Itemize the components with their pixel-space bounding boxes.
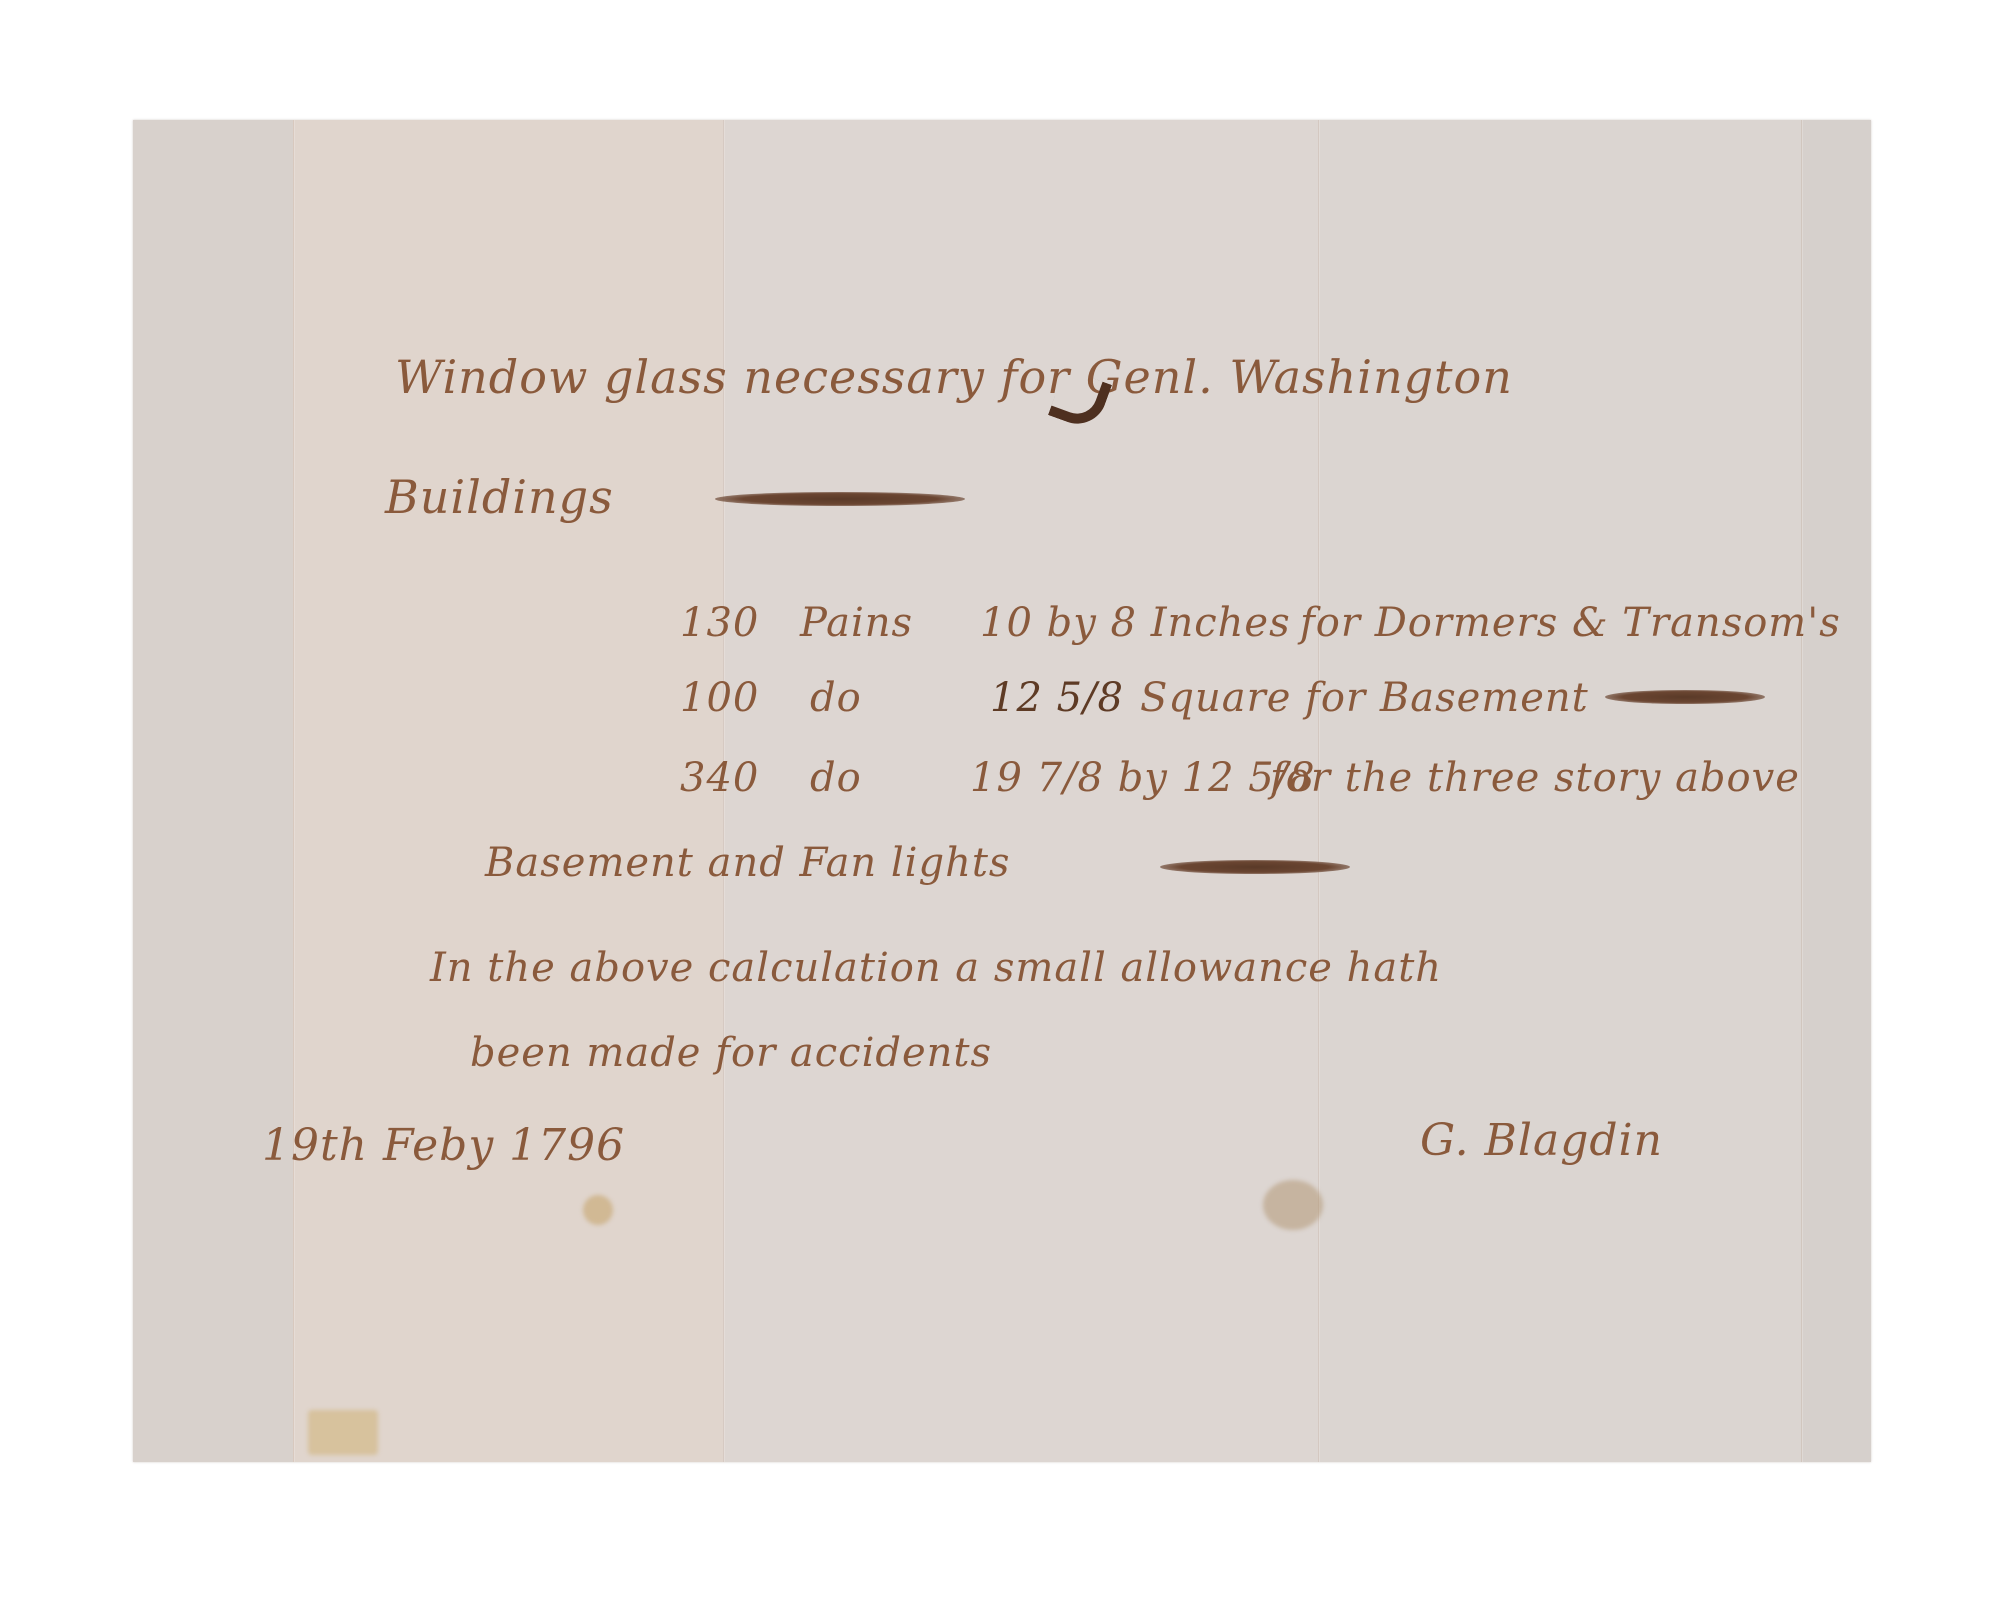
paper-panel: [133, 120, 293, 1462]
fold-line: [1801, 120, 1803, 1462]
continuation-line: Basement and Fan lights: [485, 840, 1010, 886]
paper-panel: [293, 120, 723, 1462]
note-line-1: In the above calculation a small allowan…: [430, 945, 1442, 991]
item-3-quantity: 340: [680, 755, 759, 801]
item-2-unit: do: [810, 675, 862, 721]
ink-dash: [1605, 690, 1765, 704]
ink-dash: [715, 492, 965, 506]
note-line-2: been made for accidents: [470, 1030, 992, 1076]
fold-line: [293, 120, 295, 1462]
item-3-unit: do: [810, 755, 862, 801]
foxing-stain: [308, 1410, 378, 1455]
paper-panel: [1801, 120, 1871, 1462]
item-1-unit: Pains: [800, 600, 913, 646]
ink-dash: [1160, 860, 1350, 874]
item-3-purpose: for the three story above: [1270, 755, 1800, 801]
heading-line-1: Window glass necessary for Genl. Washing…: [395, 350, 1513, 404]
item-3-size: 19 7/8 by 12 5/8: [970, 755, 1316, 801]
item-1-quantity: 130: [680, 600, 759, 646]
foxing-stain: [1263, 1180, 1323, 1230]
item-2-size: 12 5/8: [990, 675, 1124, 721]
heading-line-2: Buildings: [385, 470, 614, 524]
signature: G. Blagdin: [1420, 1115, 1663, 1166]
item-1-size: 10 by 8 Inches: [980, 600, 1291, 646]
item-2-purpose: Square for Basement: [1140, 675, 1589, 721]
item-2-quantity: 100: [680, 675, 759, 721]
item-1-purpose: for Dormers & Transom's: [1300, 600, 1841, 646]
foxing-stain: [583, 1195, 613, 1225]
date: 19th Feby 1796: [262, 1120, 625, 1171]
